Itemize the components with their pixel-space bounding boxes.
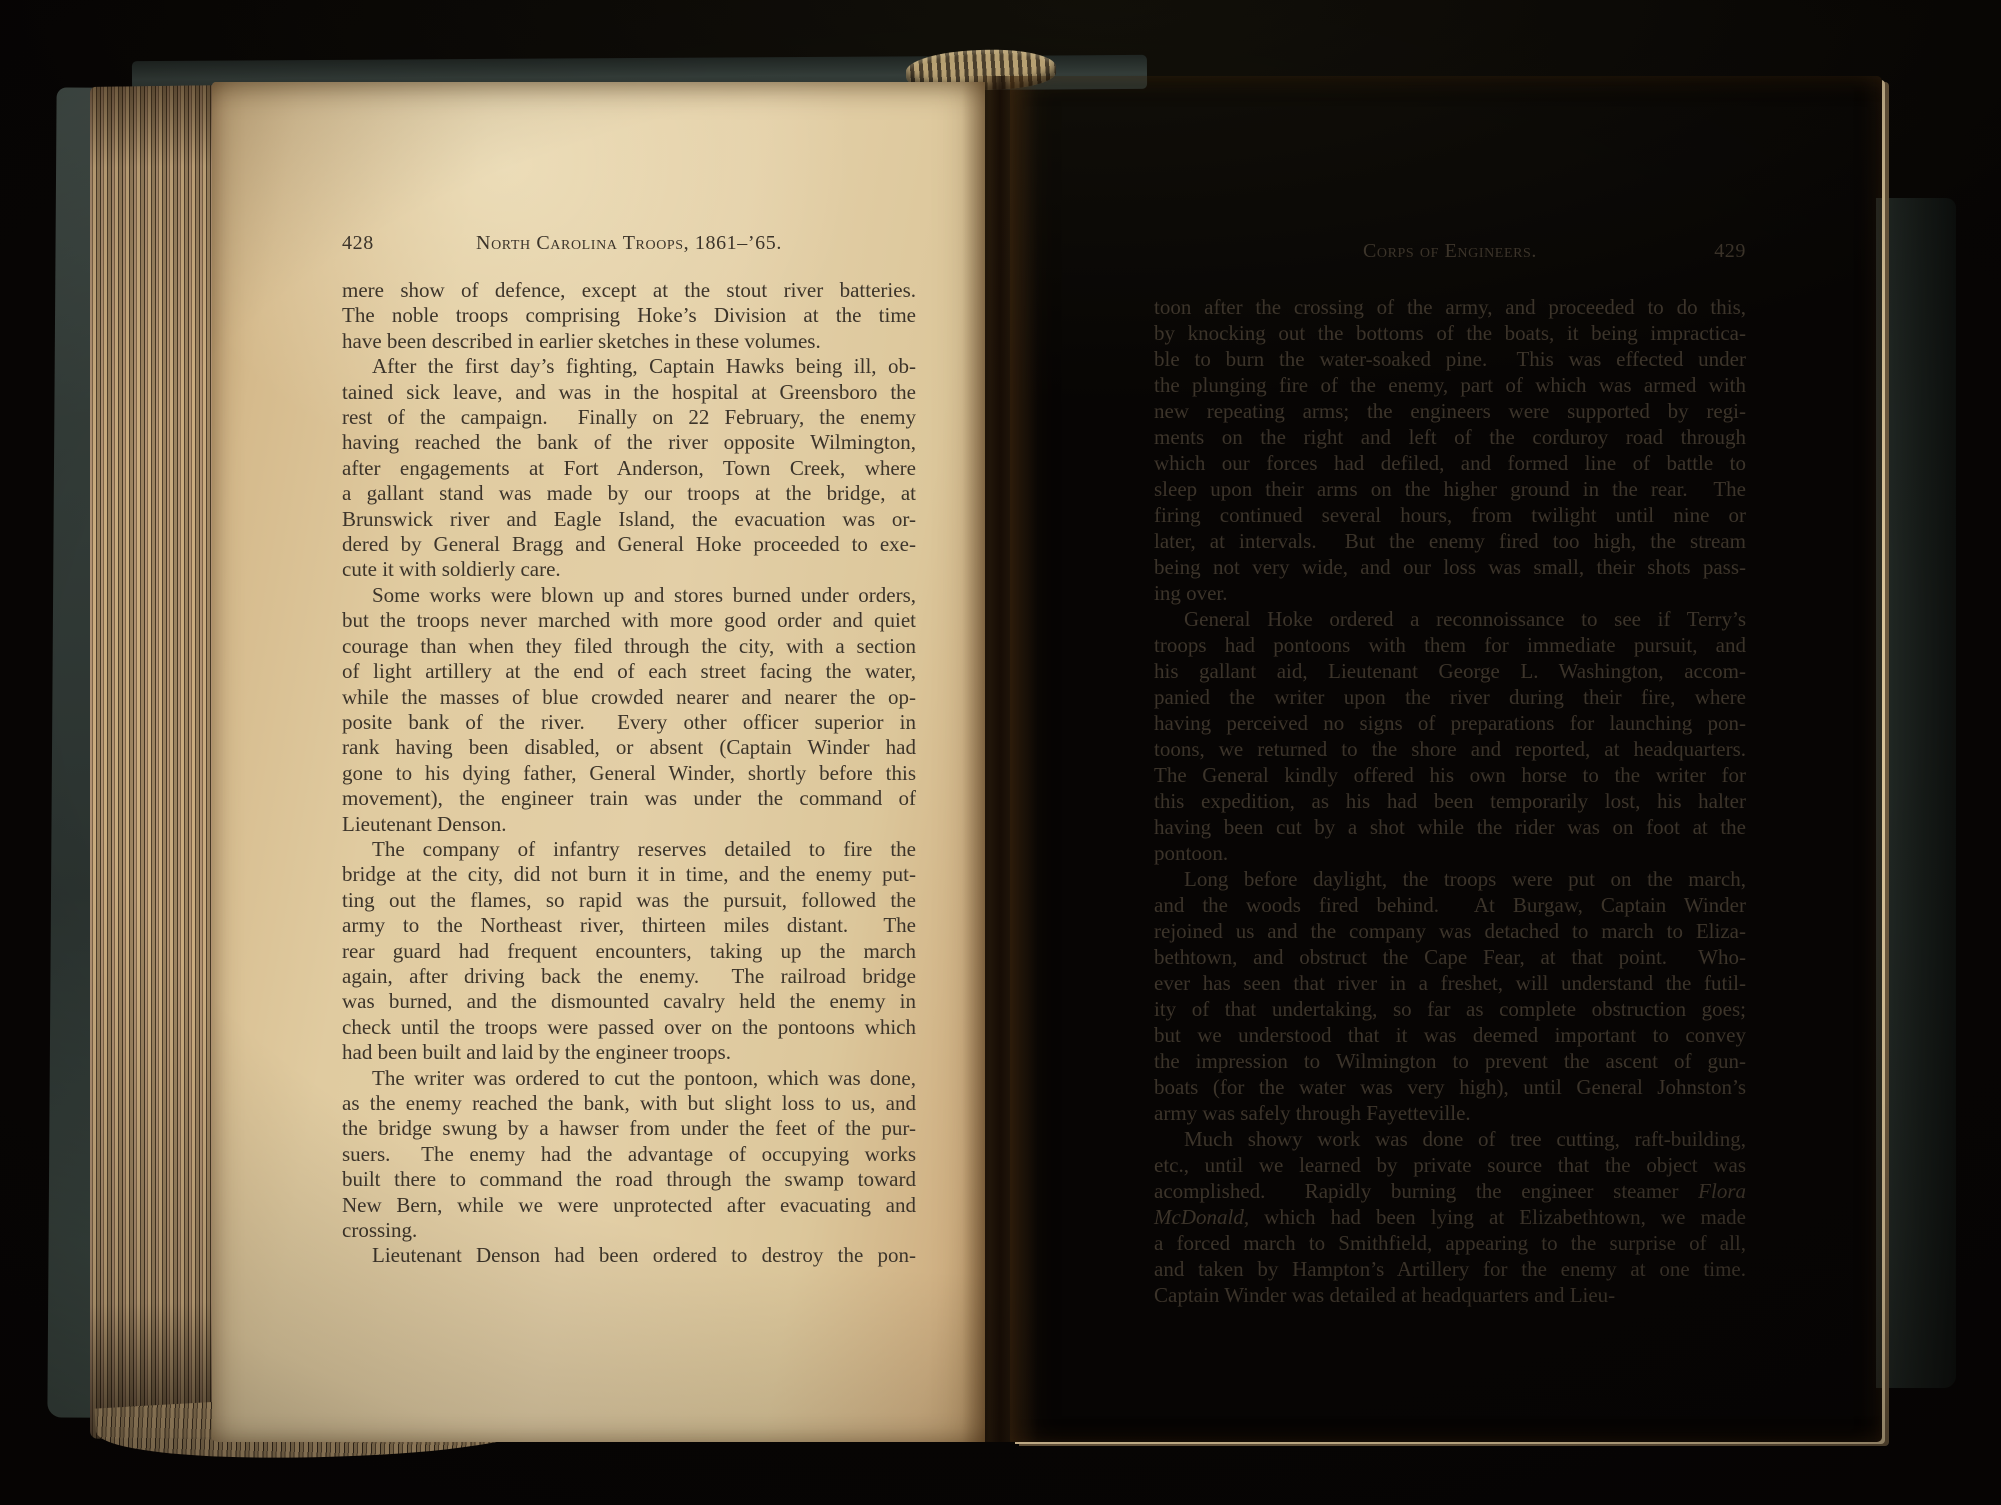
text-line: New Bern, while we were unprotected afte…: [342, 1193, 916, 1218]
text-line: gone to his dying father, General Winder…: [342, 761, 916, 786]
text-line: Lieutenant Denson had been ordered to de…: [342, 1243, 916, 1268]
text-line: Some works were blown up and stores burn…: [342, 583, 916, 608]
text-line: ments on the right and left of the cordu…: [1154, 424, 1746, 450]
text-line: a gallant stand was made by our troops a…: [342, 481, 916, 506]
paragraph: Long before daylight, the troops were pu…: [1154, 866, 1746, 1126]
paragraph: The writer was ordered to cut the pontoo…: [342, 1066, 916, 1244]
text-line: later, at intervals. But the enemy fired…: [1154, 528, 1746, 554]
text-line: courage than when they filed through the…: [342, 634, 916, 659]
paragraph: After the first day’s fighting, Captain …: [342, 354, 916, 583]
text-line: again, after driving back the enemy. The…: [342, 964, 916, 989]
text-line: had been built and laid by the engineer …: [342, 1040, 916, 1065]
text-line: check until the troops were passed over …: [342, 1015, 916, 1040]
text-line: rank having been disabled, or absent (Ca…: [342, 735, 916, 760]
text-line: ing over.: [1154, 580, 1746, 606]
text-line: rejoined us and the company was detached…: [1154, 918, 1746, 944]
running-head-left: North Carolina Troops, 1861–’65.: [342, 232, 916, 255]
text-line: panied the writer upon the river during …: [1154, 684, 1746, 710]
text-line: mere show of defence, except at the stou…: [342, 278, 916, 303]
text-line: by knocking out the bottoms of the boats…: [1154, 320, 1746, 346]
page-body-right: toon after the crossing of the army, and…: [1154, 294, 1746, 1308]
text-line: bridge at the city, did not burn it in t…: [342, 862, 916, 887]
text-line: crossing.: [342, 1218, 916, 1243]
text-line: Captain Winder was detailed at headquart…: [1154, 1282, 1746, 1308]
paragraph: General Hoke ordered a reconnoissance to…: [1154, 606, 1746, 866]
text-line: was burned, and the dismounted cavalry h…: [342, 989, 916, 1014]
text-line: the plunging fire of the enemy, part of …: [1154, 372, 1746, 398]
text-line: Lieutenant Denson.: [342, 812, 916, 837]
text-line: McDonald, which had been lying at Elizab…: [1154, 1204, 1746, 1230]
text-line: new repeating arms; the engineers were s…: [1154, 398, 1746, 424]
text-line: the bridge swung by a hawser from under …: [342, 1116, 916, 1141]
text-line: ever has seen that river in a freshet, w…: [1154, 970, 1746, 996]
text-line: toon after the crossing of the army, and…: [1154, 294, 1746, 320]
text-line: and the woods fired behind. At Burgaw, C…: [1154, 892, 1746, 918]
text-line: his gallant aid, Lieutenant George L. Wa…: [1154, 658, 1746, 684]
text-line: as the enemy reached the bank, with but …: [342, 1091, 916, 1116]
text-line: firing continued several hours, from twi…: [1154, 502, 1746, 528]
text-line: boats (for the water was very high), unt…: [1154, 1074, 1746, 1100]
text-line: army was safely through Fayetteville.: [1154, 1100, 1746, 1126]
text-line: have been described in earlier sketches …: [342, 329, 916, 354]
paragraph: Lieutenant Denson had been ordered to de…: [342, 1243, 916, 1268]
page-header-right: Corps of Engineers. 429: [1154, 240, 1746, 268]
text-line: having been cut by a shot while the ride…: [1154, 814, 1746, 840]
text-line: The writer was ordered to cut the pontoo…: [342, 1066, 916, 1091]
text-line: rest of the campaign. Finally on 22 Febr…: [342, 405, 916, 430]
running-head-right: Corps of Engineers.: [1154, 240, 1746, 263]
text-line: of light artillery at the end of each st…: [342, 659, 916, 684]
text-line: acomplished. Rapidly burning the enginee…: [1154, 1178, 1746, 1204]
paragraph: mere show of defence, except at the stou…: [342, 278, 916, 354]
text-line: having reached the bank of the river opp…: [342, 430, 916, 455]
text-line: having perceived no signs of preparation…: [1154, 710, 1746, 736]
text-line: General Hoke ordered a reconnoissance to…: [1154, 606, 1746, 632]
text-line: and taken by Hampton’s Artillery for the…: [1154, 1256, 1746, 1282]
page-header-left: 428 North Carolina Troops, 1861–’65.: [342, 232, 916, 260]
text-line: Brunswick river and Eagle Island, the ev…: [342, 507, 916, 532]
page-body-left: mere show of defence, except at the stou…: [342, 278, 916, 1269]
text-line: Much showy work was done of tree cutting…: [1154, 1126, 1746, 1152]
text-line: troops had pontoons with them for immedi…: [1154, 632, 1746, 658]
text-line: rear guard had frequent encounters, taki…: [342, 939, 916, 964]
text-line: After the first day’s fighting, Captain …: [342, 354, 916, 379]
text-line: etc., until we learned by private source…: [1154, 1152, 1746, 1178]
text-line: dered by General Bragg and General Hoke …: [342, 532, 916, 557]
text-line: the impression to Wilmington to prevent …: [1154, 1048, 1746, 1074]
text-line: The noble troops comprising Hoke’s Divis…: [342, 303, 916, 328]
text-line: built there to command the road through …: [342, 1167, 916, 1192]
book-cover-right: [1876, 198, 1956, 1388]
page-right: Corps of Engineers. 429 toon after the c…: [1010, 76, 1882, 1442]
text-line: being not very wide, and our loss was sm…: [1154, 554, 1746, 580]
page-number-right: 429: [1714, 240, 1746, 263]
text-line: cute it with soldierly care.: [342, 557, 916, 582]
paragraph: toon after the crossing of the army, and…: [1154, 294, 1746, 606]
text-line: but the troops never marched with more g…: [342, 608, 916, 633]
text-line: army to the Northeast river, thirteen mi…: [342, 913, 916, 938]
book-gutter: [962, 76, 1038, 1442]
text-line: The General kindly offered his own horse…: [1154, 762, 1746, 788]
text-line: but we understood that it was deemed imp…: [1154, 1022, 1746, 1048]
text-line: while the masses of blue crowded nearer …: [342, 685, 916, 710]
text-line: Long before daylight, the troops were pu…: [1154, 866, 1746, 892]
photo-background: 428 North Carolina Troops, 1861–’65. mer…: [0, 0, 2001, 1505]
text-line: toons, we returned to the shore and repo…: [1154, 736, 1746, 762]
text-line: pontoon.: [1154, 840, 1746, 866]
text-line: ting out the flames, so rapid was the pu…: [342, 888, 916, 913]
text-line: sleep upon their arms on the higher grou…: [1154, 476, 1746, 502]
page-left: 428 North Carolina Troops, 1861–’65. mer…: [212, 82, 985, 1442]
page-edges-left: [90, 85, 218, 1439]
text-line: suers. The enemy had the advantage of oc…: [342, 1142, 916, 1167]
text-line: after engagements at Fort Anderson, Town…: [342, 456, 916, 481]
text-line: this expedition, as his had been tempora…: [1154, 788, 1746, 814]
text-line: bethtown, and obstruct the Cape Fear, at…: [1154, 944, 1746, 970]
text-line: ity of that undertaking, so far as compl…: [1154, 996, 1746, 1022]
text-line: tained sick leave, and was in the hospit…: [342, 380, 916, 405]
text-line: ble to burn the water-soaked pine. This …: [1154, 346, 1746, 372]
text-line: movement), the engineer train was under …: [342, 786, 916, 811]
paragraph: The company of infantry reserves detaile…: [342, 837, 916, 1066]
text-line: which our forces had defiled, and formed…: [1154, 450, 1746, 476]
text-line: posite bank of the river. Every other of…: [342, 710, 916, 735]
text-line: The company of infantry reserves detaile…: [342, 837, 916, 862]
paragraph: Some works were blown up and stores burn…: [342, 583, 916, 837]
page-number-left: 428: [342, 232, 374, 255]
paragraph: Much showy work was done of tree cutting…: [1154, 1126, 1746, 1308]
text-line: a forced march to Smithfield, appearing …: [1154, 1230, 1746, 1256]
